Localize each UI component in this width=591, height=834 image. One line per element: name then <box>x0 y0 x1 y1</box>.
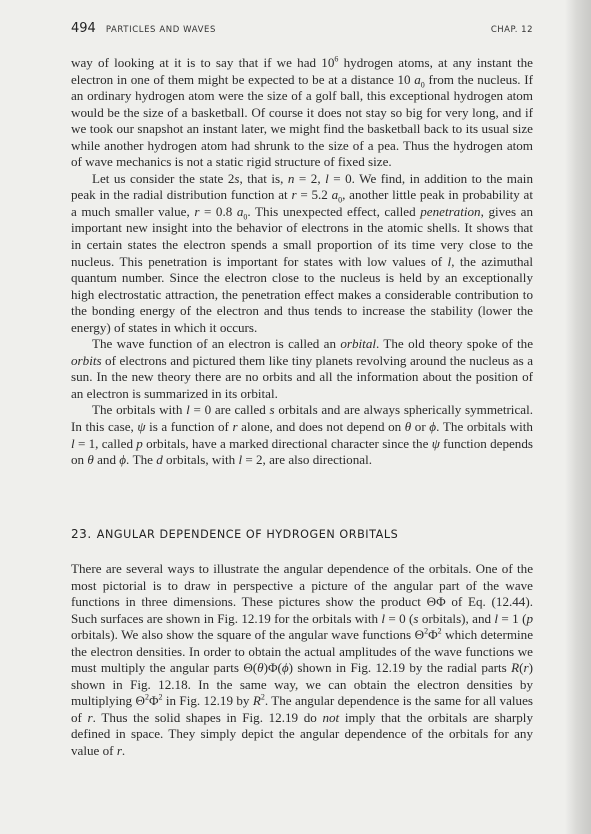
section-number: 23. <box>71 527 92 541</box>
section-heading: 23.ANGULAR DEPENDENCE OF HYDROGEN ORBITA… <box>71 527 533 541</box>
body-text-top: way of looking at it is to say that if w… <box>71 55 533 469</box>
paragraph: way of looking at it is to say that if w… <box>71 55 533 171</box>
paragraph: The wave function of an electron is call… <box>71 336 533 402</box>
running-title: PARTICLES AND WAVES <box>106 25 216 35</box>
chapter-label: CHAP. 12 <box>491 25 533 35</box>
paragraph: Let us consider the state 2s, that is, n… <box>71 171 533 336</box>
running-head: 494 PARTICLES AND WAVES CHAP. 12 <box>71 21 533 36</box>
page-gutter-shadow <box>565 0 591 834</box>
paragraph: The orbitals with l = 0 are called s orb… <box>71 402 533 468</box>
body-text-section: There are several ways to illustrate the… <box>71 561 533 760</box>
page-number: 494 <box>71 21 96 36</box>
paragraph: There are several ways to illustrate the… <box>71 561 533 760</box>
section-title: ANGULAR DEPENDENCE OF HYDROGEN ORBITALS <box>97 528 399 541</box>
